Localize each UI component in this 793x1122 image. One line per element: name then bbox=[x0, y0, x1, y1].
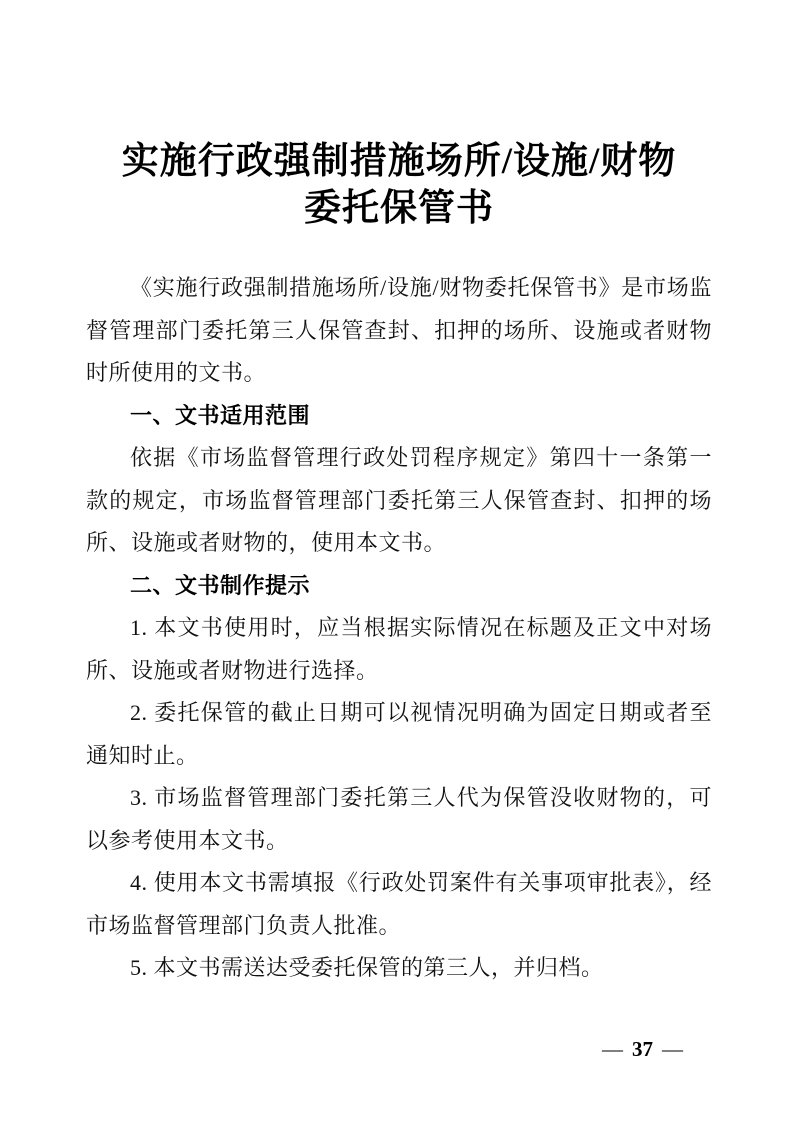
section-scope-heading: 一、文书适用范围 bbox=[86, 395, 712, 438]
section-tips-item-4: 4. 使用本文书需填报《行政处罚案件有关事项审批表》，经市场监督管理部门负责人批… bbox=[86, 862, 712, 947]
section-tips-item-3: 3. 市场监督管理部门委托第三人代为保管没收财物的，可以参考使用本文书。 bbox=[86, 777, 712, 862]
page-number: —37— bbox=[593, 1037, 692, 1062]
intro-paragraph: 《实施行政强制措施场所/设施/财物委托保管书》是市场监督管理部门委托第三人保管查… bbox=[86, 267, 712, 395]
section-tips-item-2: 2. 委托保管的截止日期可以视情况明确为固定日期或者至通知时止。 bbox=[86, 692, 712, 777]
document-title-line1: 实施行政强制措施场所/设施/财物 bbox=[86, 138, 712, 185]
section-tips: 二、文书制作提示 1. 本文书使用时，应当根据实际情况在标题及正文中对场所、设施… bbox=[86, 565, 712, 990]
section-tips-item-1: 1. 本文书使用时，应当根据实际情况在标题及正文中对场所、设施或者财物进行选择。 bbox=[86, 607, 712, 692]
document-page: 实施行政强制措施场所/设施/财物 委托保管书 《实施行政强制措施场所/设施/财物… bbox=[0, 0, 793, 1122]
section-tips-item-5: 5. 本文书需送达受委托保管的第三人，并归档。 bbox=[86, 947, 712, 990]
page-number-value: 37 bbox=[632, 1037, 653, 1061]
document-title: 实施行政强制措施场所/设施/财物 委托保管书 bbox=[86, 138, 712, 232]
section-scope-paragraph: 依据《市场监督管理行政处罚程序规定》第四十一条第一款的规定，市场监督管理部门委托… bbox=[86, 437, 712, 565]
section-scope: 一、文书适用范围 依据《市场监督管理行政处罚程序规定》第四十一条第一款的规定，市… bbox=[86, 395, 712, 565]
section-tips-heading: 二、文书制作提示 bbox=[86, 565, 712, 608]
document-content: 实施行政强制措施场所/设施/财物 委托保管书 《实施行政强制措施场所/设施/财物… bbox=[86, 138, 712, 990]
page-number-dash-left: — bbox=[593, 1037, 632, 1061]
page-number-dash-right: — bbox=[653, 1037, 692, 1061]
document-title-line2: 委托保管书 bbox=[86, 185, 712, 232]
